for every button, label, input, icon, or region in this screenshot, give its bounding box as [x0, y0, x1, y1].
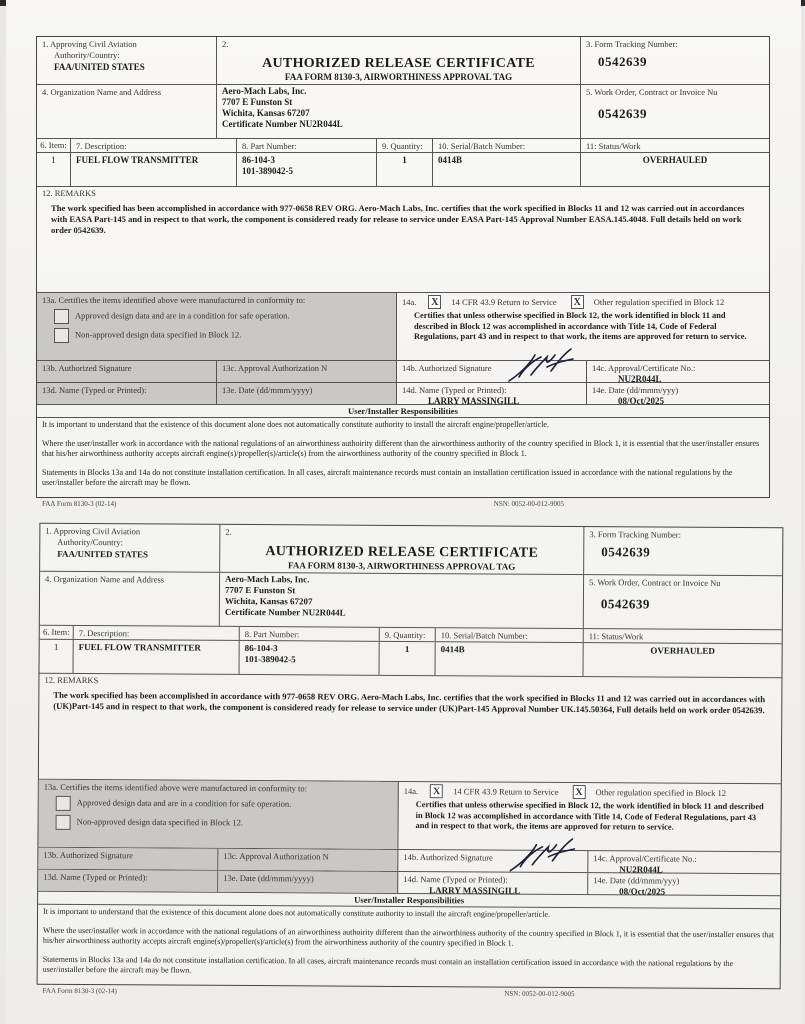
quantity: 1: [379, 642, 435, 675]
nsn-number: NSN: 0052-00-012-9005: [504, 990, 574, 998]
signature-icon: [508, 837, 578, 873]
item-description: FUEL FLOW TRANSMITTER: [74, 640, 240, 674]
release-date: 08/Oct/2025: [593, 886, 775, 898]
block-13d: 13d. Name (Typed or Printed):: [37, 383, 217, 404]
work-order-number: 0542639: [589, 596, 777, 613]
item-row: 1 FUEL FLOW TRANSMITTER 86-104-3 101-389…: [37, 153, 769, 187]
block-13b: 13b. Authorized Signature: [37, 361, 217, 382]
block-14a: 14a. X 14 CFR 43.9 Return to Service X O…: [398, 782, 780, 851]
status-work: OVERHAULED: [583, 643, 781, 677]
form-number: FAA Form 8130-3 (02-14): [43, 987, 117, 995]
block-13d: 13d. Name (Typed or Printed):: [38, 870, 218, 892]
certificate-title: AUTHORIZED RELEASE CERTIFICATE: [222, 56, 575, 72]
block-14a: 14a. X 14 CFR 43.9 Return to Service X O…: [397, 293, 769, 360]
checkbox-14cfr-return-to-service[interactable]: X: [428, 295, 441, 309]
signature-icon: [507, 347, 577, 383]
release-date: 08/Oct/2025: [592, 396, 764, 407]
checkbox-other-regulation[interactable]: X: [571, 295, 584, 309]
remarks-text: The work specified has been accomplished…: [37, 203, 769, 236]
block-5: 5. Work Order, Contract or Invoice Nu 05…: [584, 575, 782, 629]
checkbox-non-approved-design[interactable]: [54, 328, 69, 343]
block-13b: 13b. Authorized Signature: [38, 848, 218, 870]
serial-number: 0414B: [435, 642, 583, 676]
block-3: 3. Form Tracking Number: 0542639: [581, 37, 769, 84]
item-header-row: 6. Item: 7. Description: 8. Part Number:…: [37, 139, 769, 153]
block-1: 1. Approving Civil Aviation Authority/Co…: [37, 37, 217, 84]
block-13e: 13e. Date (dd/mmm/yyyy): [217, 383, 397, 404]
authorized-release-certificate-1: 1. Approving Civil Aviation Authority/Co…: [36, 36, 770, 498]
part-numbers: 86-104-3 101-389042-5: [239, 641, 379, 675]
block-14b: 14b. Authorized Signature: [398, 850, 588, 872]
part-numbers: 86-104-3 101-389042-5: [237, 153, 377, 186]
form-number: FAA Form 8130-3 (02-14): [42, 500, 116, 508]
checkbox-approved-design[interactable]: [54, 309, 69, 324]
block-14d: 14d. Name (Typed or Printed): LARRY MASS…: [398, 872, 588, 894]
block-14e: 14e. Date (dd/mmm/yyy) 08/Oct/2025: [587, 383, 769, 404]
status-work: OVERHAULED: [581, 153, 769, 186]
nsn-number: NSN: 0052-00-012-9005: [494, 500, 564, 508]
certificate-subtitle: FAA FORM 8130-3, AIRWORTHINESS APPROVAL …: [222, 72, 575, 82]
block-14c: 14c. Approval/Certificate No.: NU2R044L: [588, 851, 780, 873]
form-tracking-number: 0542639: [586, 54, 764, 70]
block-13e: 13e. Date (dd/mmm/yyyy): [218, 871, 398, 893]
block-14d: 14d. Name (Typed or Printed): LARRY MASS…: [397, 383, 587, 404]
checkbox-14cfr-return-to-service[interactable]: X: [430, 784, 443, 798]
block-3: 3. Form Tracking Number: 0542639: [584, 527, 782, 575]
organization-address: Aero-Mach Labs, Inc. 7707 E Funston St W…: [220, 573, 584, 628]
work-order-number: 0542639: [586, 106, 764, 122]
certification-statement: Certifies that unless otherwise specifie…: [404, 798, 776, 834]
item-row: 1 FUEL FLOW TRANSMITTER 86-104-3 101-389…: [39, 640, 781, 679]
organization-address: Aero-Mach Labs, Inc. 7707 E Funston St W…: [217, 85, 581, 138]
serial-number: 0414B: [433, 153, 581, 186]
quantity: 1: [377, 153, 433, 186]
user-installer-responsibilities: User/Installer Responsibilities It is im…: [38, 892, 781, 989]
block-5: 5. Work Order, Contract or Invoice Nu 05…: [581, 85, 769, 138]
form-footer: FAA Form 8130-3 (02-14) NSN: 0052-00-012…: [37, 499, 769, 509]
authorized-name: LARRY MASSINGILL: [402, 396, 581, 407]
remarks-block: 12. REMARKS The work specified has been …: [37, 187, 769, 293]
user-installer-responsibilities: User/Installer Responsibilities It is im…: [37, 405, 769, 497]
approving-authority: FAA/UNITED STATES: [45, 549, 214, 561]
block-2: 2. AUTHORIZED RELEASE CERTIFICATE FAA FO…: [220, 525, 584, 574]
remarks-block: 12. REMARKS The work specified has been …: [39, 674, 782, 785]
approving-authority: FAA/UNITED STATES: [42, 62, 211, 73]
authorized-name: LARRY MASSINGILL: [403, 885, 582, 897]
block-13a: 13a. Certifies the items identified abov…: [38, 780, 398, 849]
authorized-release-certificate-2: 1. Approving Civil Aviation Authority/Co…: [37, 523, 784, 990]
block-14c: 14c. Approval/Certificate No.: NU2R044L: [587, 361, 769, 382]
form-tracking-number: 0542639: [589, 544, 777, 561]
block-2: 2. AUTHORIZED RELEASE CERTIFICATE FAA FO…: [217, 37, 581, 84]
block-4-label: 4. Organization Name and Address: [37, 85, 217, 138]
checkbox-other-regulation[interactable]: X: [572, 785, 585, 799]
checkbox-approved-design[interactable]: [56, 796, 71, 811]
block-13c: 13c. Approval Authorization N: [217, 361, 397, 382]
certification-statement: Certifies that unless otherwise specifie…: [402, 309, 764, 343]
remarks-text: The work specified has been accomplished…: [39, 690, 781, 717]
block-13c: 13c. Approval Authorization N: [218, 849, 398, 871]
certificate-title: AUTHORIZED RELEASE CERTIFICATE: [225, 544, 578, 562]
block-13a: 13a. Certifies the items identified abov…: [37, 293, 397, 360]
checkbox-non-approved-design[interactable]: [56, 815, 71, 830]
item-description: FUEL FLOW TRANSMITTER: [71, 153, 237, 186]
block-4-label: 4. Organization Name and Address: [40, 572, 220, 626]
block-14b: 14b. Authorized Signature: [397, 361, 587, 382]
block-1: 1. Approving Civil Aviation Authority/Co…: [40, 524, 220, 572]
block-14e: 14e. Date (dd/mmm/yyy) 08/Oct/2025: [588, 873, 780, 895]
